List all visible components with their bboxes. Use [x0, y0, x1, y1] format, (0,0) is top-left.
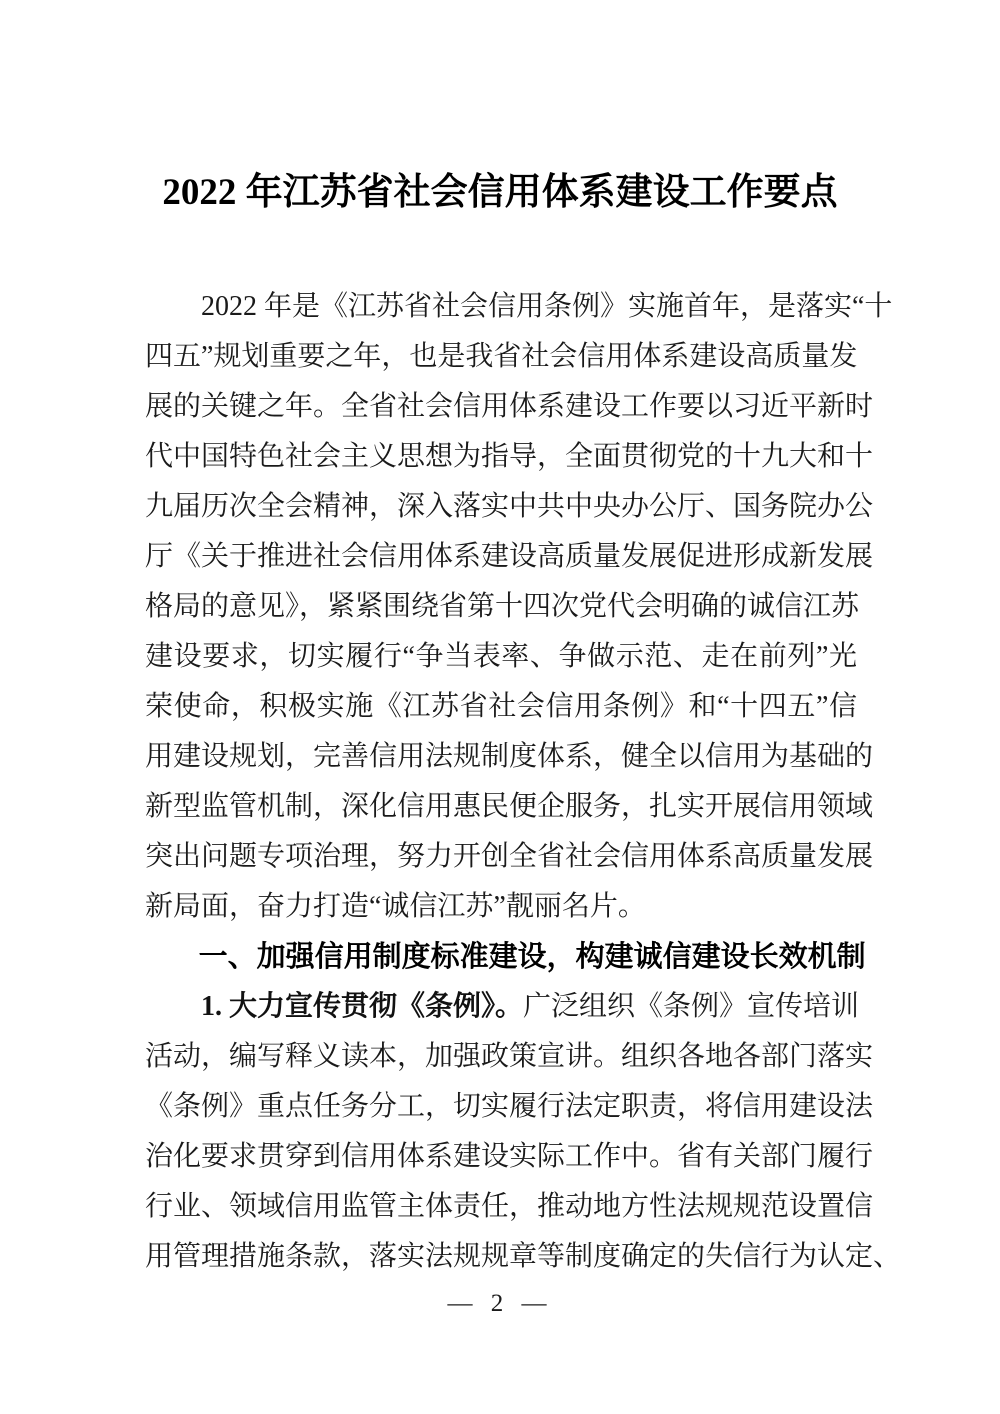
text-line: 荣使命，积极实施《江苏省社会信用条例》和“十四五”信: [145, 682, 857, 732]
text-line: 新局面，奋力打造“诚信江苏”靓丽名片。: [145, 882, 857, 932]
document-title: 2022 年江苏省社会信用体系建设工作要点: [80, 170, 920, 216]
text-line: 四五”规划重要之年，也是我省社会信用体系建设高质量发: [145, 332, 857, 382]
text-line: 九届历次全会精神，深入落实中共中央办公厅、国务院办公: [145, 482, 857, 532]
text-line: 用管理措施条款，落实法规规章等制度确定的失信行为认定、: [145, 1232, 857, 1282]
text-line: 建设要求，切实履行“争当表率、争做示范、走在前列”光: [145, 632, 857, 682]
text-line: 活动，编写释义读本，加强政策宣讲。组织各地各部门落实: [145, 1032, 857, 1082]
text-line: 用建设规划，完善信用法规制度体系，健全以信用为基础的: [145, 732, 857, 782]
text-line: 1. 大力宣传贯彻《条例》。广泛组织《条例》宣传培训: [145, 982, 857, 1032]
page-footer: — 2 —: [0, 1290, 1000, 1318]
page-number: — 2 —: [448, 1290, 553, 1317]
text-line: 代中国特色社会主义思想为指导，全面贯彻党的十九大和十: [145, 432, 857, 482]
paragraph-text: 广泛组织《条例》宣传培训: [523, 991, 859, 1022]
section-heading: 一、加强信用制度标准建设，构建诚信建设长效机制: [145, 932, 857, 982]
text-line: 格局的意见》，紧紧围绕省第十四次党代会明确的诚信江苏: [145, 582, 857, 632]
text-line: 行业、领域信用监管主体责任，推动地方性法规规范设置信: [145, 1182, 857, 1232]
text-line: 展的关键之年。全省社会信用体系建设工作要以习近平新时: [145, 382, 857, 432]
text-line: 突出问题专项治理，努力开创全省社会信用体系高质量发展: [145, 832, 857, 882]
document-body: 2022 年是《江苏省社会信用条例》实施首年，是落实“十四五”规划重要之年，也是…: [145, 282, 857, 1282]
text-line: 新型监管机制，深化信用惠民便企服务，扎实开展信用领域: [145, 782, 857, 832]
paragraph-lead: 1. 大力宣传贯彻《条例》。: [201, 991, 523, 1022]
text-line: 2022 年是《江苏省社会信用条例》实施首年，是落实“十: [145, 282, 857, 332]
text-line: 《条例》重点任务分工，切实履行法定职责，将信用建设法: [145, 1082, 857, 1132]
text-line: 治化要求贯穿到信用体系建设实际工作中。省有关部门履行: [145, 1132, 857, 1182]
document-page: 2022 年江苏省社会信用体系建设工作要点 2022 年是《江苏省社会信用条例》…: [0, 0, 1000, 1414]
text-line: 厅《关于推进社会信用体系建设高质量发展促进形成新发展: [145, 532, 857, 582]
